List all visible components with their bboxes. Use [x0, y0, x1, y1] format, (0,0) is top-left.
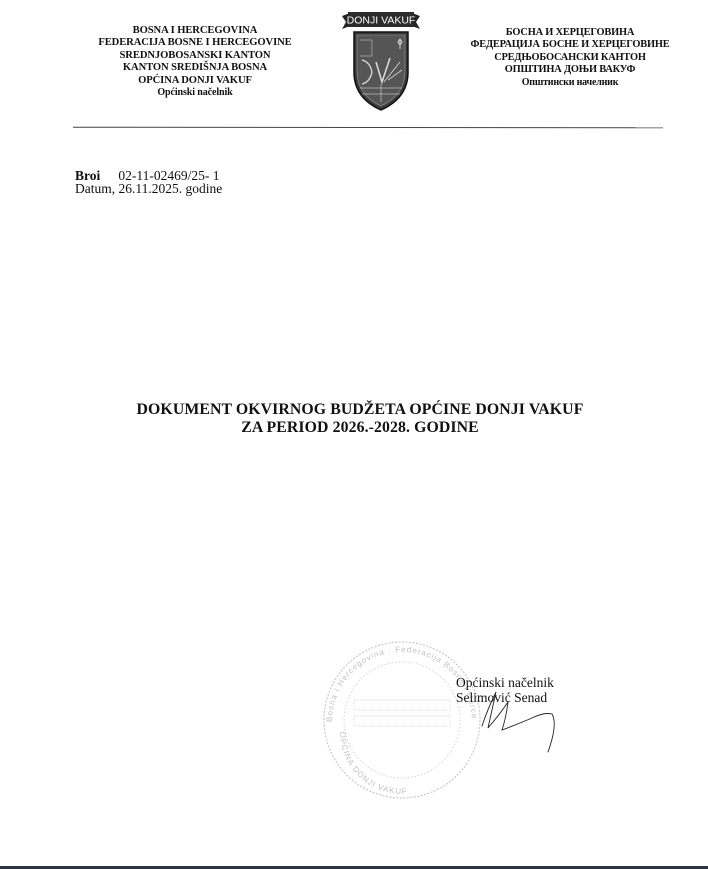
header-cyrillic-line: ФЕДЕРАЦИЈА БОСНЕ И ХЕРЦЕГОВИНЕ	[458, 39, 682, 51]
header-cyrillic-line: БОСНА И ХЕРЦЕГОВИНА	[458, 27, 682, 39]
header-cyrillic-line: СРЕДЊОБОСАНСКИ КАНТОН	[458, 52, 682, 64]
header-cyrillic-line: ОПШТИНА ДОЊИ ВАКУФ	[458, 64, 682, 76]
official-stamp-icon: Bosna i Hercegovina · Federacija Bosne i…	[312, 632, 492, 802]
document-title-line: ZA PERIOD 2026.-2028. GODINE	[60, 419, 660, 437]
header-latin-line: FEDERACIJA BOSNE I HERCEGOVINE	[75, 37, 315, 49]
header-latin-line: SREDNJOBOSANSKI KANTON	[75, 50, 315, 62]
header-latin-line: KANTON SREDIŠNJA BOSNA	[75, 62, 315, 74]
document-title-line: DOKUMENT OKVIRNOG BUDŽETA OPĆINE DONJI V…	[60, 401, 660, 419]
stamp-inner-text: OPĆINA DONJI VAKUF	[338, 732, 408, 797]
municipality-crest-icon: DONJI VAKUF	[340, 10, 422, 112]
svg-text:OPĆINA DONJI VAKUF: OPĆINA DONJI VAKUF	[338, 732, 408, 797]
header-divider	[73, 127, 663, 129]
stamp-outer-text: Bosna i Hercegovina · Federacija Bosne i…	[312, 632, 479, 722]
header-latin-subtitle: Općinski načelnik	[75, 87, 315, 99]
document-page: BOSNA I HERCEGOVINA FEDERACIJA BOSNE I H…	[0, 0, 708, 866]
svg-text:Bosna i Hercegovina · Federaci: Bosna i Hercegovina · Federacija Bosne i…	[312, 632, 479, 722]
document-title: DOKUMENT OKVIRNOG BUDŽETA OPĆINE DONJI V…	[60, 401, 660, 437]
reference-date: Datum, 26.11.2025. godine	[75, 182, 222, 196]
handwritten-signature-icon	[478, 688, 568, 758]
header-cyrillic-subtitle: Општински начелник	[458, 77, 682, 89]
header-latin-block: BOSNA I HERCEGOVINA FEDERACIJA BOSNE I H…	[75, 25, 315, 99]
header-latin-line: BOSNA I HERCEGOVINA	[75, 25, 315, 37]
header-cyrillic-block: БОСНА И ХЕРЦЕГОВИНА ФЕДЕРАЦИЈА БОСНЕ И Х…	[458, 27, 682, 89]
header-latin-line: OPĆINA DONJI VAKUF	[75, 75, 315, 87]
crest-banner-text: DONJI VAKUF	[347, 15, 416, 27]
